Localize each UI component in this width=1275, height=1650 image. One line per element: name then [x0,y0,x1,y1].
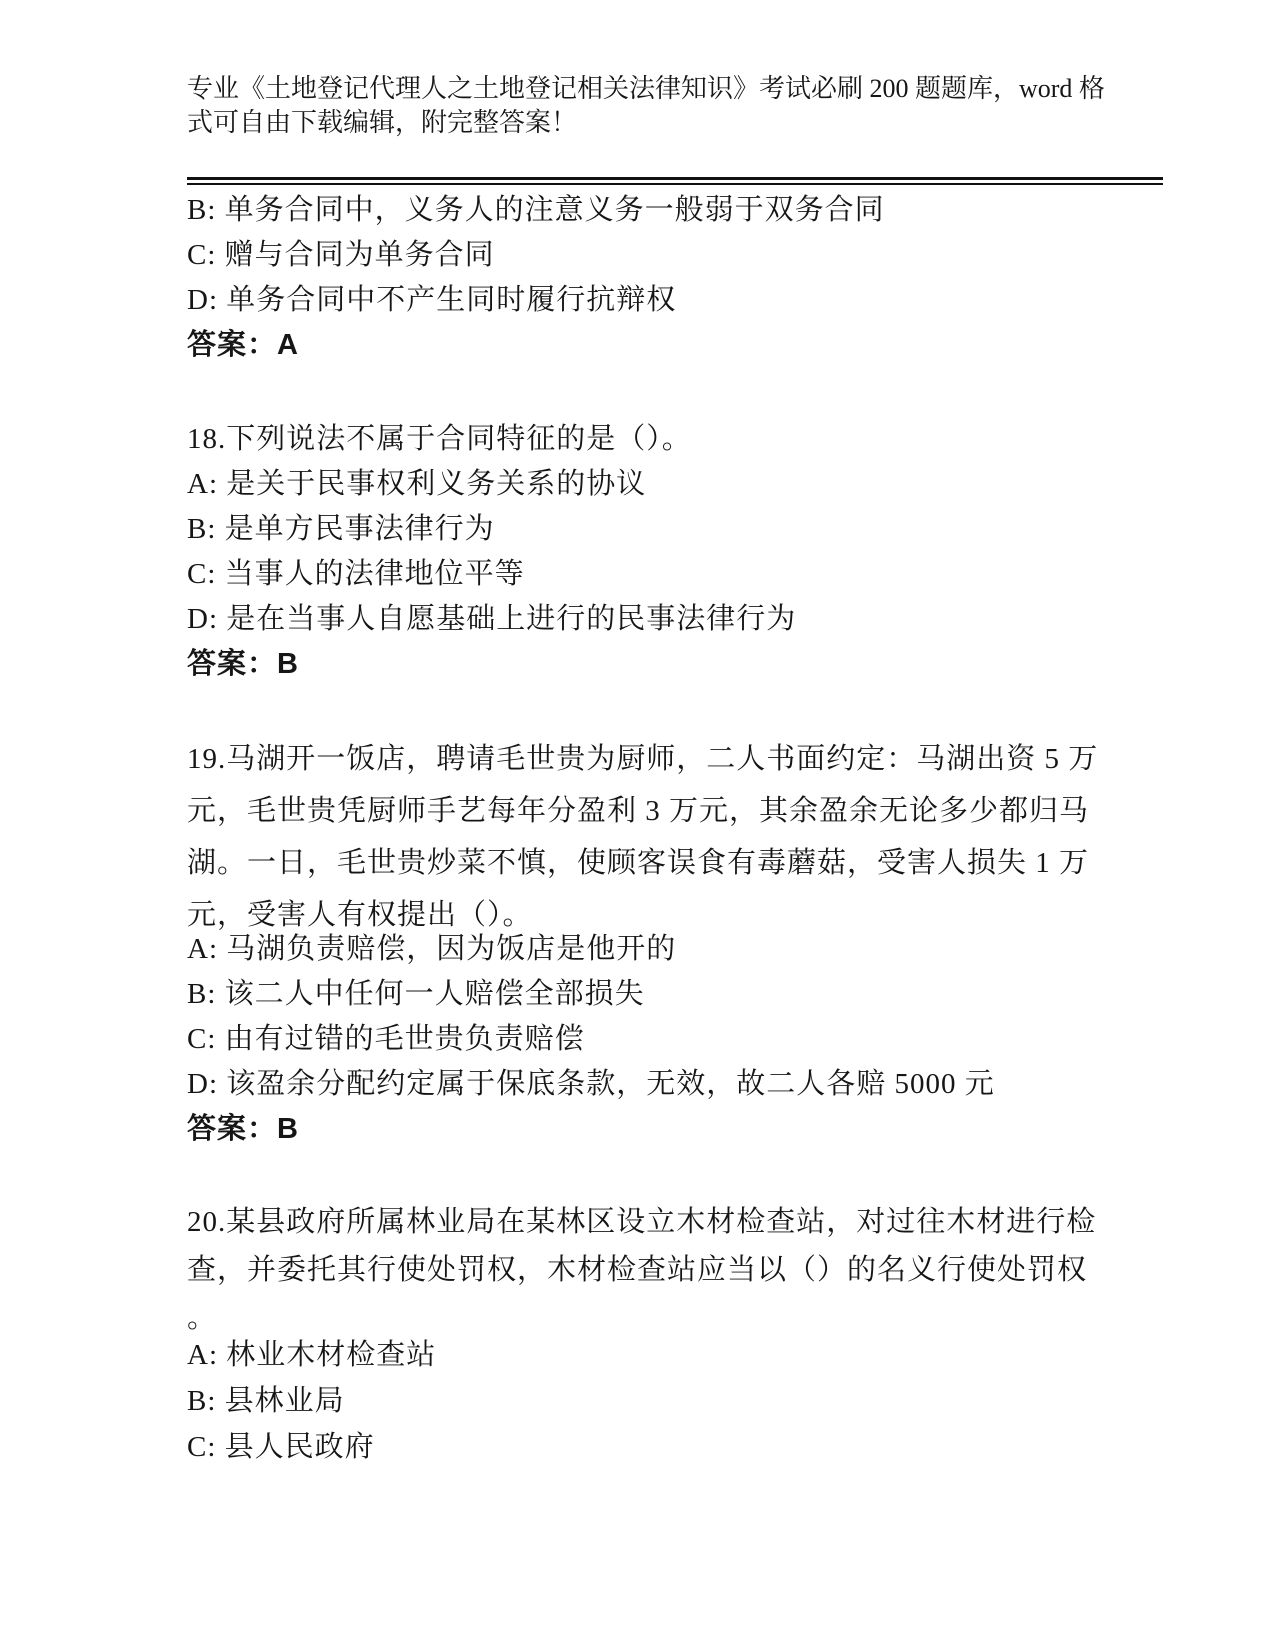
question-stem-line: 19.马湖开一饭店，聘请毛世贵为厨师，二人书面约定：马湖出资 5 万 [187,733,1197,785]
question-17-continuation: B: 单务合同中，义务人的注意义务一般弱于双务合同 C: 赠与合同为单务合同 D… [187,188,1197,368]
header-line-1: 专业《土地登记代理人之土地登记相关法律知识》考试必刷 200 题题库，word … [187,72,1163,106]
option-line-d: D: 单务合同中不产生同时履行抗辩权 [187,278,1197,323]
answer-line: 答案：B [187,642,1197,687]
question-stem-line: 元，毛世贵凭厨师手艺每年分盈利 3 万元，其余盈余无论多少都归马 [187,785,1197,837]
question-stem-line: 湖。一日，毛世贵炒菜不慎，使顾客误食有毒蘑菇，受害人损失 1 万 [187,837,1197,889]
header-line-2: 式可自由下载编辑，附完整答案！ [187,106,1163,140]
question-19-stem: 19.马湖开一饭店，聘请毛世贵为厨师，二人书面约定：马湖出资 5 万 元，毛世贵… [187,733,1197,941]
question-20-options: A: 林业木材检查站 B: 县林业局 C: 县人民政府 [187,1332,1197,1470]
page-header: 专业《土地登记代理人之土地登记相关法律知识》考试必刷 200 题题库，word … [187,72,1163,140]
option-line-b: B: 该二人中任何一人赔偿全部损失 [187,972,1197,1017]
option-line-c: C: 赠与合同为单务合同 [187,233,1197,278]
option-line-c: C: 县人民政府 [187,1424,1197,1470]
option-line-d: D: 是在当事人自愿基础上进行的民事法律行为 [187,597,1197,642]
question-20-stem: 20.某县政府所属林业局在某林区设立木材检查站，对过往木材进行检 查，并委托其行… [187,1198,1197,1342]
option-line-a: A: 是关于民事权利义务关系的协议 [187,462,1197,507]
option-line-a: A: 马湖负责赔偿，因为饭店是他开的 [187,927,1197,972]
option-line-b: B: 是单方民事法律行为 [187,507,1197,552]
question-stem: 18.下列说法不属于合同特征的是（）。 [187,417,1197,462]
document-page: 专业《土地登记代理人之土地登记相关法律知识》考试必刷 200 题题库，word … [0,0,1275,1650]
question-stem-line: 20.某县政府所属林业局在某林区设立木材检查站，对过往木材进行检 [187,1198,1197,1246]
answer-line: 答案：B [187,1107,1197,1152]
question-19-options: A: 马湖负责赔偿，因为饭店是他开的 B: 该二人中任何一人赔偿全部损失 C: … [187,927,1197,1152]
option-line-c: C: 由有过错的毛世贵负责赔偿 [187,1017,1197,1062]
header-divider-rule [187,177,1163,185]
option-line-d: D: 该盈余分配约定属于保底条款，无效，故二人各赔 5000 元 [187,1062,1197,1107]
question-stem-line: 查，并委托其行使处罚权，木材检查站应当以（）的名义行使处罚权 [187,1246,1197,1294]
question-18: 18.下列说法不属于合同特征的是（）。 A: 是关于民事权利义务关系的协议 B:… [187,417,1197,687]
option-line-a: A: 林业木材检查站 [187,1332,1197,1378]
option-line-b: B: 单务合同中，义务人的注意义务一般弱于双务合同 [187,188,1197,233]
option-line-c: C: 当事人的法律地位平等 [187,552,1197,597]
option-line-b: B: 县林业局 [187,1378,1197,1424]
answer-line: 答案：A [187,323,1197,368]
